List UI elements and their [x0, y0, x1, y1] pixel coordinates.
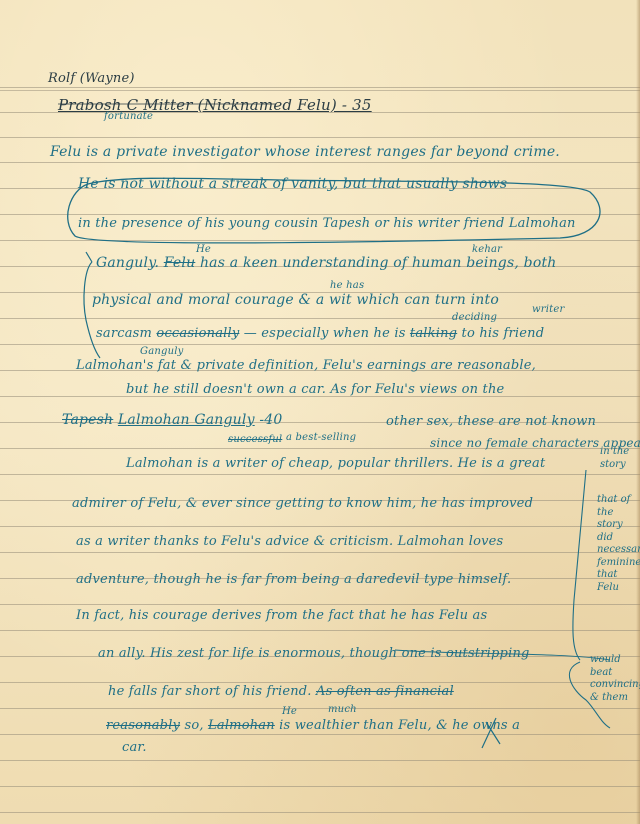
manuscript-line: car. [122, 740, 147, 755]
insertion-note: much [328, 704, 357, 715]
line-fragment: sarcasm [96, 326, 152, 341]
line-fragment: is wealthier than Felu, & he owns a [279, 718, 520, 733]
line-fragment: Ganguly. [96, 255, 159, 271]
line-fragment: has a keen understanding of human beings… [200, 255, 557, 271]
manuscript-line: but he still doesn't own a car. As for F… [126, 382, 504, 397]
insertion-note: He [282, 706, 297, 717]
insertion-note: fortunate [104, 111, 153, 122]
margin-note: in the story [600, 446, 638, 471]
struck-word: Tapesh [62, 412, 113, 428]
margin-note: would beat convincing & them [590, 654, 638, 704]
struck-word: Felu [164, 255, 196, 271]
manuscript-line: physical and moral courage & a wit which… [92, 292, 499, 308]
manuscript-line: In fact, his courage derives from the fa… [76, 608, 487, 623]
struck-word: As often as financial [316, 684, 454, 699]
margin-note: that of the story did necessarily femini… [597, 494, 639, 594]
manuscript-line: Lalmohan is a writer of cheap, popular t… [126, 456, 545, 471]
manuscript-page: Rolf (Wayne) Prabosh C Mitter (Nicknamed… [0, 0, 640, 824]
line-fragment: to his friend [462, 326, 545, 341]
insertion-note: he has [330, 280, 364, 291]
manuscript-line: an ally. His zest for life is enormous, … [98, 646, 530, 661]
line-fragment: — especially when he is [244, 326, 406, 341]
header-rule [0, 87, 640, 88]
ruled-line [0, 630, 640, 631]
insertion-note: kehar [472, 244, 502, 255]
ruled-line [0, 318, 640, 319]
line-fragment: so, [184, 718, 203, 733]
manuscript-line: Tapesh Lalmohan Ganguly -40 [62, 412, 283, 428]
ruled-line [0, 812, 640, 813]
struck-word: talking [410, 326, 457, 341]
manuscript-line: other sex, these are not known [386, 414, 596, 429]
ruled-line [0, 240, 640, 241]
insertion-note: writer [532, 304, 564, 315]
manuscript-line: in the presence of his young cousin Tape… [78, 216, 576, 231]
manuscript-line: Lalmohan's fat & private definition, Fel… [76, 358, 536, 373]
ruled-line [0, 526, 640, 527]
struck-word: Lalmohan [208, 718, 275, 733]
ruled-line [0, 344, 640, 345]
manuscript-line: Felu is a private investigator whose int… [50, 144, 560, 160]
struck-word: occasionally [156, 326, 239, 341]
manuscript-line: he falls far short of his friend. As oft… [108, 684, 454, 699]
manuscript-line: Ganguly. Felu has a keen understanding o… [96, 255, 557, 271]
ruled-line [0, 474, 640, 475]
ruled-line [0, 786, 640, 787]
struck-insertion: successful [228, 434, 282, 445]
character-age: -40 [259, 412, 282, 428]
ruled-line [0, 604, 640, 605]
insertion-note: Ganguly [140, 346, 183, 357]
ruled-line [0, 682, 640, 683]
line-fragment: he falls far short of his friend. [108, 684, 312, 699]
ruled-line [0, 214, 640, 215]
insertion-note: deciding [452, 312, 497, 323]
ruled-line [0, 162, 640, 163]
manuscript-line: admirer of Felu, & ever since getting to… [72, 496, 533, 511]
character-name: Lalmohan Ganguly [118, 412, 255, 428]
manuscript-line: adventure, though he is far from being a… [76, 572, 511, 587]
ruled-line [0, 137, 640, 138]
manuscript-line: reasonably so, Lalmohan is wealthier tha… [106, 718, 520, 733]
ruled-line [0, 708, 640, 709]
ruled-line [0, 734, 640, 735]
manuscript-line: He is not without a streak of vanity, bu… [78, 176, 507, 192]
insertion-note: He [196, 244, 211, 255]
manuscript-line: sarcasm occasionally — especially when h… [96, 326, 544, 341]
struck-word: reasonably [106, 718, 180, 733]
manuscript-line: as a writer thanks to Felu's advice & cr… [76, 534, 503, 549]
ruled-line [0, 760, 640, 761]
heading-note: Rolf (Wayne) [48, 71, 135, 86]
insertion-note: a best-selling [286, 432, 356, 443]
ruled-line [0, 552, 640, 553]
